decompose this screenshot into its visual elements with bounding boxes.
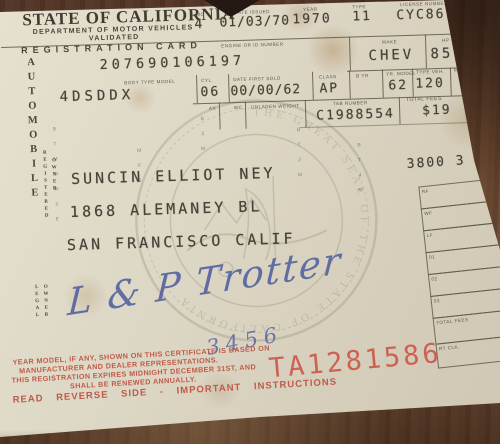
grid-line — [399, 97, 401, 124]
mp-label: MP — [454, 67, 462, 73]
registration-card: THE GREAT SEAL OF THE STATE OF CALIFORNI… — [0, 0, 500, 444]
yr-model-label: YR. MODEL — [386, 71, 416, 77]
validation-number: 3800 3 — [406, 153, 466, 172]
hp-label: HP — [442, 38, 450, 44]
registered-vertical-label: REGISTERED — [42, 151, 49, 221]
b-yr-label: B YR — [356, 73, 369, 79]
cyl-value: 06 — [200, 85, 220, 101]
make-value: CHEV — [368, 47, 414, 64]
hp-value: 85 — [430, 46, 453, 63]
date-first-sold-value: 00/00/62 — [230, 82, 301, 99]
type-value: 11 — [352, 9, 372, 25]
class-value: AP — [319, 81, 339, 97]
license-number-value: CYC861 — [396, 6, 455, 23]
micro-code: B 3 M — [199, 116, 206, 154]
year-value: 1970 — [292, 11, 332, 27]
tab-number-label: TAB NUMBER — [333, 100, 368, 107]
grid-line — [349, 37, 351, 71]
yr-model-value: 62 — [388, 78, 408, 94]
cyl-label: CYL. — [201, 78, 213, 84]
card-content: THE GREAT SEAL OF THE STATE OF CALIFORNI… — [0, 0, 500, 444]
mo-value: 4 — [194, 17, 204, 32]
legal-vertical-label: LEGAL — [34, 285, 40, 320]
fee-row-label: 02 — [431, 274, 461, 283]
registration-card-photo: { "document": { "header": { "title": "ST… — [0, 0, 500, 444]
wc-label: WC — [234, 105, 243, 111]
fee-row-label: WF — [424, 208, 454, 217]
body-type-value: 4DSDDX — [59, 87, 134, 105]
ax-label: AX — [209, 106, 216, 112]
fee-row-label: 03 — [434, 295, 464, 304]
grid-line — [425, 34, 427, 68]
date-first-sold-label: DATE FIRST SOLD — [233, 76, 281, 83]
engine-id-label: ENGINE OR ID NUMBER — [221, 42, 283, 49]
tab-number-value: C1988554 — [316, 106, 395, 123]
grid-line — [450, 68, 452, 96]
make-label: MAKE — [382, 39, 397, 45]
engine-id-value: 207690106197 — [99, 53, 245, 73]
type-veh-value: 120 — [415, 76, 445, 92]
total-fees-value: $19 — [422, 103, 452, 119]
fee-row-label: RT CLK. — [439, 343, 469, 352]
micro-code: B T M M W 2 E — [51, 126, 60, 224]
fee-row-label: LF — [426, 230, 456, 239]
fee-row-label: TOTAL FEES — [436, 317, 466, 326]
type-veh-label: TYPE VEH. — [416, 69, 445, 75]
body-type-label: BODY TYPE MODEL — [124, 79, 175, 86]
legal-owner-vertical-label: OWNER — [43, 285, 49, 320]
fee-row-label: 01 — [429, 252, 459, 261]
automobile-vertical-label: AUTOMOBILE — [25, 57, 40, 202]
fee-row-label: RF — [422, 186, 452, 195]
class-label: CLASS — [319, 74, 337, 80]
